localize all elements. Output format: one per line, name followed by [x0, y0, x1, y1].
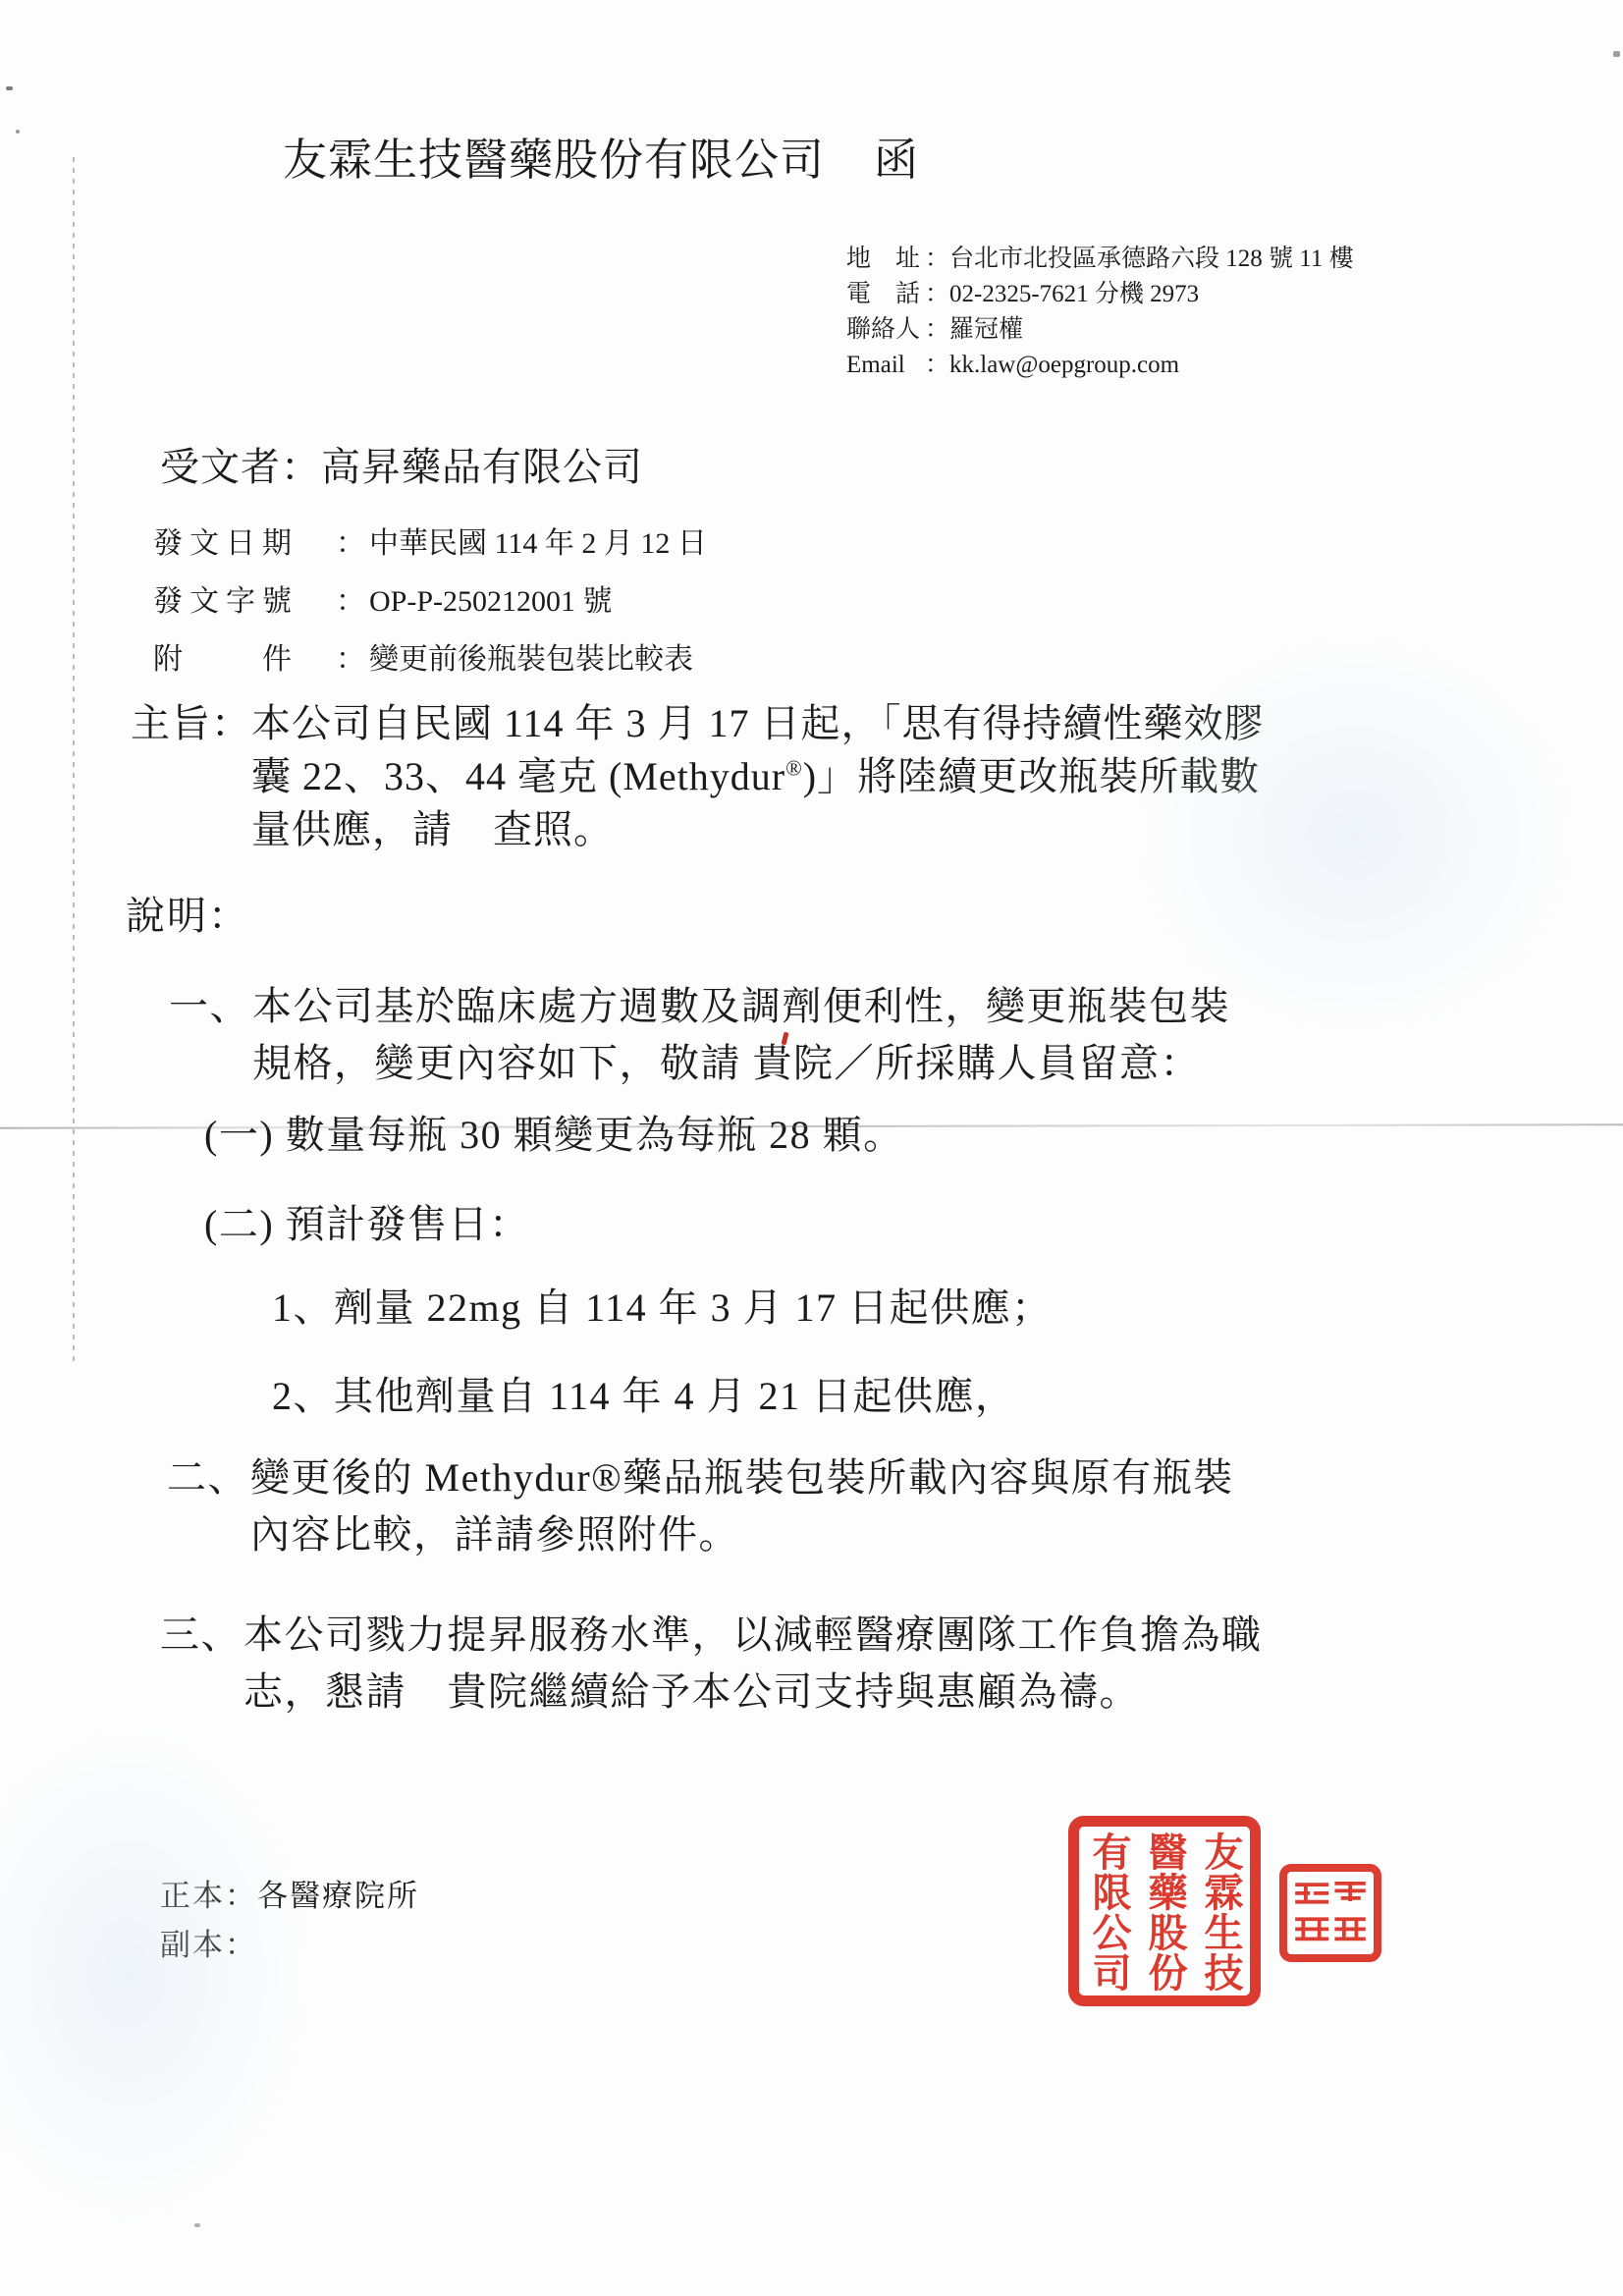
contact-value: 羅冠權 — [949, 312, 1023, 348]
explanation-subitem-2: (二) 預計發售日： — [204, 1193, 530, 1249]
item-2-line-1: 變更後的 Methydur®藥品瓶裝包裝所載內容與原有瓶裝 — [250, 1449, 1234, 1506]
item-2-marker: 二、 — [167, 1449, 250, 1563]
reference-number-label: 發文字號 — [153, 576, 336, 620]
attachment-label: 附 件 — [153, 634, 336, 678]
explanation-item-3: 三、 本公司戮力提昇服務水準，以減輕醫療團隊工作負擔為職 志，懇請 貴院繼續給予… — [160, 1607, 1263, 1721]
item-3-line-1: 本公司戮力提昇服務水準，以減輕醫療團隊工作負擔為職 — [243, 1607, 1263, 1664]
scan-speck — [16, 130, 20, 134]
scan-tint — [0, 1719, 314, 2229]
scan-speck — [1613, 51, 1620, 57]
subject-line-1: 本公司自民國 114 年 3 月 17 日起，「思有得持續性藥效膠 — [251, 697, 1265, 750]
issue-date-value: 中華民國 114 年 2 月 12 日 — [369, 519, 707, 562]
item-1-line-1: 本公司基於臨床處方週數及調劑便利性，變更瓶裝包裝 — [252, 978, 1230, 1035]
subject-block: 主旨： 本公司自民國 114 年 3 月 17 日起，「思有得持續性藥效膠 囊 … — [131, 697, 1265, 856]
scan-speck — [194, 2223, 200, 2227]
subject-line-3: 量供應，請 查照。 — [251, 803, 1265, 856]
verification-seal-stamp — [1279, 1864, 1381, 1962]
sender-contact-row: 聯絡人：羅冠權 — [846, 312, 1354, 348]
address-value: 台北市北投區承德路六段 128 號 11 樓 — [949, 242, 1354, 277]
phone-value: 02-2325-7621 分機 2973 — [949, 277, 1199, 312]
sender-phone-row: 電 話：02-2325-7621 分機 2973 — [846, 277, 1354, 312]
release-point-2: 2、其他劑量自 114 年 4 月 21 日起供應， — [272, 1365, 1016, 1421]
sender-address-row: 地 址：台北市北投區承德路六段 128 號 11 樓 — [846, 242, 1354, 277]
phone-label: 電 話 — [846, 277, 925, 312]
colon: ： — [336, 634, 369, 678]
email-value: kk.law@oepgroup.com — [949, 348, 1179, 383]
duplicate-copy-line: 副本： — [160, 1921, 419, 1970]
email-label: Email — [846, 348, 925, 383]
explanation-heading: 說明： — [126, 885, 249, 941]
reference-number-row: 發文字號 ： OP-P-250212001 號 — [153, 569, 707, 627]
sender-contact-block: 地 址：台北市北投區承德路六段 128 號 11 樓 電 話：02-2325-7… — [846, 242, 1354, 383]
colon: ： — [336, 576, 369, 620]
issue-date-row: 發文日期 ： 中華民國 114 年 2 月 12 日 — [153, 511, 707, 569]
item-3-text: 本公司戮力提昇服務水準，以減輕醫療團隊工作負擔為職 志，懇請 貴院繼續給予本公司… — [243, 1607, 1263, 1721]
explanation-subitem-1: (一) 數量每瓶 30 顆變更為每瓶 28 顆。 — [204, 1104, 904, 1160]
company-name: 友霖生技醫藥股份有限公司 — [283, 124, 825, 188]
original-copy-line: 正本：各醫療院所 — [160, 1872, 419, 1921]
subject-text: 本公司自民國 114 年 3 月 17 日起，「思有得持續性藥效膠 囊 22、3… — [251, 697, 1265, 856]
colon: ： — [925, 312, 949, 348]
colon: ： — [925, 277, 949, 312]
colon: ： — [925, 348, 949, 383]
item-1-text: 本公司基於臨床處方週數及調劑便利性，變更瓶裝包裝 規格，變更內容如下，敬請 貴院… — [252, 978, 1230, 1092]
company-seal-stamp: 友霖生技 醫藥股份 有限公司 — [1068, 1816, 1261, 2006]
scan-speck — [6, 86, 13, 90]
item-2-text: 變更後的 Methydur®藥品瓶裝包裝所載內容與原有瓶裝 內容比較，詳請參照附… — [250, 1449, 1234, 1563]
distribution-block: 正本：各醫療院所 副本： — [160, 1872, 419, 1970]
attachment-row: 附 件 ： 變更前後瓶裝包裝比較表 — [153, 627, 707, 684]
subject-label: 主旨： — [131, 697, 251, 856]
colon: ： — [336, 519, 369, 562]
reference-number-value: OP-P-250212001 號 — [369, 576, 613, 620]
attachment-value: 變更前後瓶裝包裝比較表 — [369, 634, 693, 678]
scanned-letter-page: 友霖生技醫藥股份有限公司 函 地 址：台北市北投區承德路六段 128 號 11 … — [0, 0, 1623, 2296]
item-1-line-2: 規格，變更內容如下，敬請 貴院／所採購人員留意： — [252, 1035, 1230, 1092]
subject-line-2: 囊 22、33、44 毫克 (Methydur®)」將陸續更改瓶裝所載數 — [251, 750, 1265, 803]
left-fold-line — [73, 157, 75, 1365]
item-3-line-2: 志，懇請 貴院繼續給予本公司支持與惠顧為禱。 — [243, 1664, 1263, 1721]
document-title: 友霖生技醫藥股份有限公司 函 — [283, 124, 919, 188]
item-2-line-2: 內容比較，詳請參照附件。 — [250, 1506, 1234, 1563]
address-label: 地 址 — [846, 242, 925, 277]
seal-script-glyphs-icon — [1287, 1872, 1374, 1954]
release-point-1: 1、劑量 22mg 自 114 年 3 月 17 日起供應； — [272, 1277, 1053, 1333]
explanation-item-1: 一、 本公司基於臨床處方週數及調劑便利性，變更瓶裝包裝 規格，變更內容如下，敬請… — [169, 978, 1230, 1092]
contact-label: 聯絡人 — [846, 312, 925, 348]
issue-date-label: 發文日期 — [153, 519, 336, 562]
sender-email-row: Email：kk.law@oepgroup.com — [846, 348, 1354, 383]
recipient-line: 受文者：高昇藥品有限公司 — [160, 436, 643, 492]
document-meta-block: 發文日期 ： 中華民國 114 年 2 月 12 日 發文字號 ： OP-P-2… — [153, 511, 707, 684]
document-type: 函 — [874, 124, 919, 188]
item-1-marker: 一、 — [169, 978, 252, 1092]
colon: ： — [925, 242, 949, 277]
item-3-marker: 三、 — [160, 1607, 243, 1721]
explanation-item-2: 二、 變更後的 Methydur®藥品瓶裝包裝所載內容與原有瓶裝 內容比較，詳請… — [167, 1449, 1234, 1563]
